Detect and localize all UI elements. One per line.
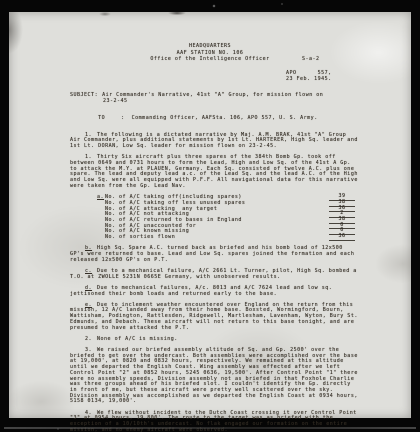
paragraph-number: 2.	[85, 336, 92, 342]
subject-label: SUBJECT:	[70, 92, 98, 98]
scanned-document-background: HEADQUARTERS AAF STATION NO. 106 Office …	[0, 0, 420, 432]
headquarters-line: HEADQUARTERS	[9, 43, 411, 50]
stat-label: No. of sorties flown	[105, 235, 329, 241]
subparagraph-b: b.High Sq. Spare A.C. turned back as bri…	[70, 246, 358, 263]
stats-item-label: a.	[97, 195, 104, 201]
subject-block: SUBJECT:Air Commander's Narrative, 41st …	[70, 93, 358, 104]
subject-date: 23-2-45	[103, 99, 358, 105]
office-reference-code: S-a-2	[302, 57, 320, 63]
paragraph-text: Due to mechanical failures, A/c. 8013 an…	[70, 285, 332, 297]
subparagraph-d: d.Due to mechanical failures, A/c. 8013 …	[70, 286, 358, 297]
document-body: SUBJECT:Air Commander's Narrative, 41st …	[70, 93, 358, 432]
letterhead: HEADQUARTERS AAF STATION NO. 106 Office …	[9, 43, 411, 63]
stat-row: No. of sorties flown 36	[105, 235, 358, 241]
paragraph-text: The following is a dictated narrative by…	[70, 132, 358, 149]
to-label: TO	[98, 115, 105, 121]
paragraph-missing: 2.None of A/C is missing.	[70, 337, 358, 343]
paragraph-takeoff: 1.Thirty Six aircraft plus three spares …	[70, 155, 358, 189]
aircraft-statistics-table: a. No. of A/C taking off(including spare…	[97, 195, 358, 241]
subparagraph-c: c.Due to a mechanical failure, A/C 2661 …	[70, 269, 358, 280]
to-block: TO: Commanding Officer, AAFSta. 106, APO…	[70, 110, 358, 127]
document-page: HEADQUARTERS AAF STATION NO. 106 Office …	[9, 12, 411, 418]
stat-value: 36	[329, 234, 355, 241]
office-line: Office of the Intelligence Officer	[9, 56, 411, 63]
paragraph-text: Thirty Six aircraft plus three spares of…	[70, 154, 358, 189]
paragraph-text: Due to inclement weather encountered ove…	[70, 302, 358, 331]
subject-text: Air Commander's Narrative, 41st "A" Grou…	[102, 92, 323, 98]
paragraph-text: None of A/C is missing.	[97, 336, 178, 342]
paragraph-text: Due to a mechanical failure, A/C 2661 Lt…	[70, 268, 357, 280]
to-text: : Commanding Officer, AAFSta. 106, APO 5…	[121, 115, 318, 121]
scan-artifact-line	[4, 427, 416, 429]
subparagraph-e: e.Due to inclement weather encountered o…	[70, 303, 358, 332]
apo-date-block: APO 557, 23 Feb. 1945.	[286, 70, 332, 82]
paragraph-text: High Sq. Spare A.C. turned back as brief…	[70, 245, 354, 262]
paragraph-text: We raised our briefed assembly altitude …	[70, 347, 358, 404]
paragraph-intro: 1.The following is a dictated narrative …	[70, 133, 358, 150]
paragraph-assembly: 3.We raised our briefed assembly altitud…	[70, 348, 358, 405]
document-date: 23 Feb. 1945.	[286, 76, 332, 82]
